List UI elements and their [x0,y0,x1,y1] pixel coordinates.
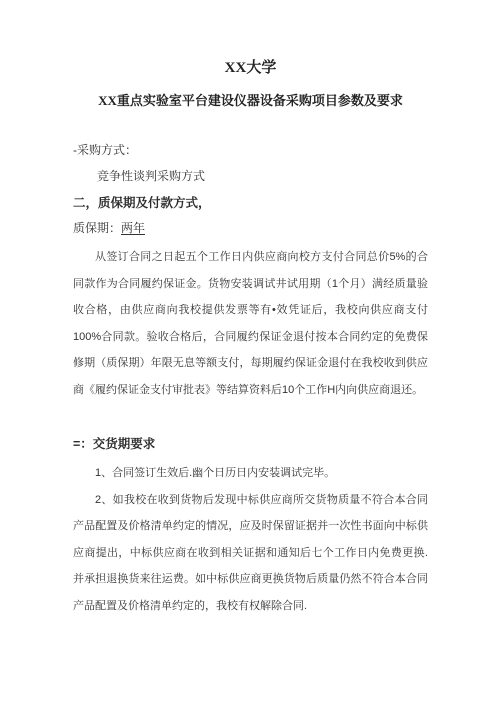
procurement-method-value: 竞争性谈判采购方式 [73,168,428,184]
warranty-period-line: 质保期：两年 [73,220,428,236]
section-heading-delivery: =：交货期要求 [73,436,428,453]
delivery-requirement-item-1: 1、合同签订生效后.幽个日历日内安装调试完毕。 [73,460,428,487]
procurement-method-label: -采购方式： [73,142,428,158]
warranty-period-label: 质保期： [73,221,121,235]
payment-terms-paragraph: 从签订合同之日起五个工作日内供应商向校方支付合同总价5%的合同款作为合同履约保证… [73,244,428,403]
section-heading-warranty-payment: 二，质保期及付款方式， [73,195,428,211]
warranty-period-value: 两年 [121,221,145,235]
document-page: XX大学 XX重点实验室平台建设仪器设备采购项目参数及要求 -采购方式： 竞争性… [0,0,500,707]
delivery-requirement-item-2: 2、如我校在收到货物后发现中标供应商所交货物质量不符合本合同产品配置及价格清单约… [73,487,428,620]
document-title: XX大学 [73,59,428,77]
document-subtitle: XX重点实验室平台建设仪器设备采购项目参数及要求 [73,92,428,109]
